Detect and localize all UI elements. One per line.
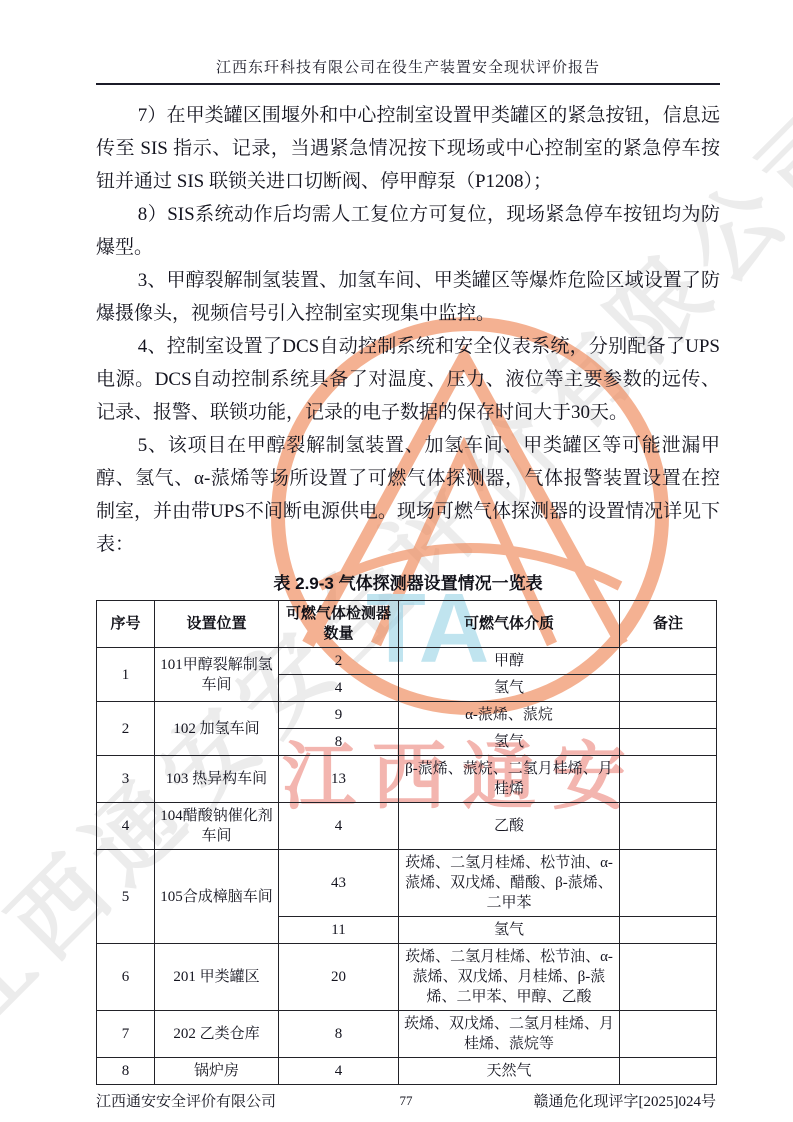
cell-location: 201 甲类罐区	[155, 944, 279, 1011]
cell-location: 202 乙类仓库	[155, 1011, 279, 1058]
table-header-row: 序号 设置位置 可燃气体检测器数量 可燃气体介质 备注	[97, 601, 717, 648]
cell-gas-media: 莰烯、二氢月桂烯、松节油、α-蒎烯、双戊烯、月桂烯、β-蒎烯、二甲苯、甲醇、乙酸	[399, 944, 620, 1011]
cell-gas-media: 天然气	[399, 1058, 620, 1085]
page-footer: 江西通安安全评价有限公司 77 赣通危化现评字[2025]024号	[96, 1090, 716, 1114]
cell-note	[620, 944, 717, 1011]
cell-seq: 4	[97, 803, 155, 850]
cell-note	[620, 756, 717, 803]
cell-location: 101甲醇裂解制氢车间	[155, 648, 279, 702]
document-page: 江西通安安全评价有限公司 TA 江西通安 江西东玕科技有限公司在役生产装置安全现…	[0, 0, 793, 1122]
cell-detector-count: 2	[279, 648, 399, 675]
table-caption: 表 2.9-3 气体探测器设置情况一览表	[96, 569, 720, 594]
gas-detector-table: 序号 设置位置 可燃气体检测器数量 可燃气体介质 备注 1101甲醇裂解制氢车间…	[96, 600, 717, 1085]
table-row: 2102 加氢车间9α-蒎烯、蒎烷	[97, 702, 717, 729]
col-header-seq: 序号	[97, 601, 155, 648]
cell-seq: 2	[97, 702, 155, 756]
cell-note	[620, 803, 717, 850]
col-header-media: 可燃气体介质	[399, 601, 620, 648]
cell-gas-media: 氢气	[399, 917, 620, 944]
cell-detector-count: 4	[279, 1058, 399, 1085]
cell-location: 锅炉房	[155, 1058, 279, 1085]
cell-gas-media: 莰烯、双戊烯、二氢月桂烯、月桂烯、蒎烷等	[399, 1011, 620, 1058]
cell-detector-count: 8	[279, 1011, 399, 1058]
cell-note	[620, 648, 717, 675]
cell-note	[620, 1058, 717, 1085]
cell-detector-count: 4	[279, 675, 399, 702]
page-content: 江西东玕科技有限公司在役生产装置安全现状评价报告 7）在甲类罐区围堰外和中心控制…	[96, 56, 720, 1114]
body-paragraph-8: 8）SIS系统动作后均需人工复位方可复位，现场紧急停车按钮均为防爆型。	[96, 198, 720, 264]
cell-gas-media: 氢气	[399, 729, 620, 756]
cell-location: 102 加氢车间	[155, 702, 279, 756]
table-row: 7202 乙类仓库8莰烯、双戊烯、二氢月桂烯、月桂烯、蒎烷等	[97, 1011, 717, 1058]
cell-detector-count: 20	[279, 944, 399, 1011]
body-paragraph-3: 3、甲醇裂解制氢装置、加氢车间、甲类罐区等爆炸危险区域设置了防爆摄像头，视频信号…	[96, 264, 720, 330]
cell-gas-media: 甲醇	[399, 648, 620, 675]
cell-detector-count: 43	[279, 850, 399, 917]
table-row: 1101甲醇裂解制氢车间2甲醇	[97, 648, 717, 675]
cell-seq: 5	[97, 850, 155, 944]
cell-detector-count: 8	[279, 729, 399, 756]
cell-note	[620, 917, 717, 944]
col-header-count: 可燃气体检测器数量	[279, 601, 399, 648]
table-row: 6201 甲类罐区20莰烯、二氢月桂烯、松节油、α-蒎烯、双戊烯、月桂烯、β-蒎…	[97, 944, 717, 1011]
cell-location: 105合成樟脑车间	[155, 850, 279, 944]
cell-location: 103 热异构车间	[155, 756, 279, 803]
cell-note	[620, 675, 717, 702]
cell-location: 104醋酸钠催化剂车间	[155, 803, 279, 850]
table-row: 3103 热异构车间13β-蒎烯、蒎烷、二氢月桂烯、月桂烯	[97, 756, 717, 803]
footer-doc-number: 赣通危化现评字[2025]024号	[534, 1090, 717, 1111]
cell-note	[620, 850, 717, 917]
cell-note	[620, 1011, 717, 1058]
cell-gas-media: 莰烯、二氢月桂烯、松节油、α-蒎烯、双戊烯、醋酸、β-蒎烯、二甲苯	[399, 850, 620, 917]
cell-detector-count: 13	[279, 756, 399, 803]
cell-detector-count: 9	[279, 702, 399, 729]
report-header-title: 江西东玕科技有限公司在役生产装置安全现状评价报告	[96, 56, 720, 77]
cell-seq: 6	[97, 944, 155, 1011]
body-paragraph-5: 5、该项目在甲醇裂解制氢装置、加氢车间、甲类罐区等可能泄漏甲醇、氢气、α-蒎烯等…	[96, 429, 720, 561]
cell-note	[620, 702, 717, 729]
cell-gas-media: β-蒎烯、蒎烷、二氢月桂烯、月桂烯	[399, 756, 620, 803]
col-header-location: 设置位置	[155, 601, 279, 648]
cell-detector-count: 11	[279, 917, 399, 944]
cell-detector-count: 4	[279, 803, 399, 850]
table-row: 5105合成樟脑车间43莰烯、二氢月桂烯、松节油、α-蒎烯、双戊烯、醋酸、β-蒎…	[97, 850, 717, 917]
body-paragraph-4: 4、控制室设置了DCS自动控制系统和安全仪表系统，分别配备了UPS电源。DCS自…	[96, 330, 720, 429]
body-paragraph-7: 7）在甲类罐区围堰外和中心控制室设置甲类罐区的紧急按钮，信息远传至 SIS 指示…	[96, 99, 720, 198]
cell-gas-media: 氢气	[399, 675, 620, 702]
col-header-note: 备注	[620, 601, 717, 648]
table-row: 8锅炉房4天然气	[97, 1058, 717, 1085]
cell-seq: 8	[97, 1058, 155, 1085]
cell-seq: 7	[97, 1011, 155, 1058]
cell-gas-media: 乙酸	[399, 803, 620, 850]
cell-seq: 3	[97, 756, 155, 803]
table-row: 4104醋酸钠催化剂车间4乙酸	[97, 803, 717, 850]
cell-gas-media: α-蒎烯、蒎烷	[399, 702, 620, 729]
header-rule	[96, 83, 720, 85]
cell-seq: 1	[97, 648, 155, 702]
cell-note	[620, 729, 717, 756]
